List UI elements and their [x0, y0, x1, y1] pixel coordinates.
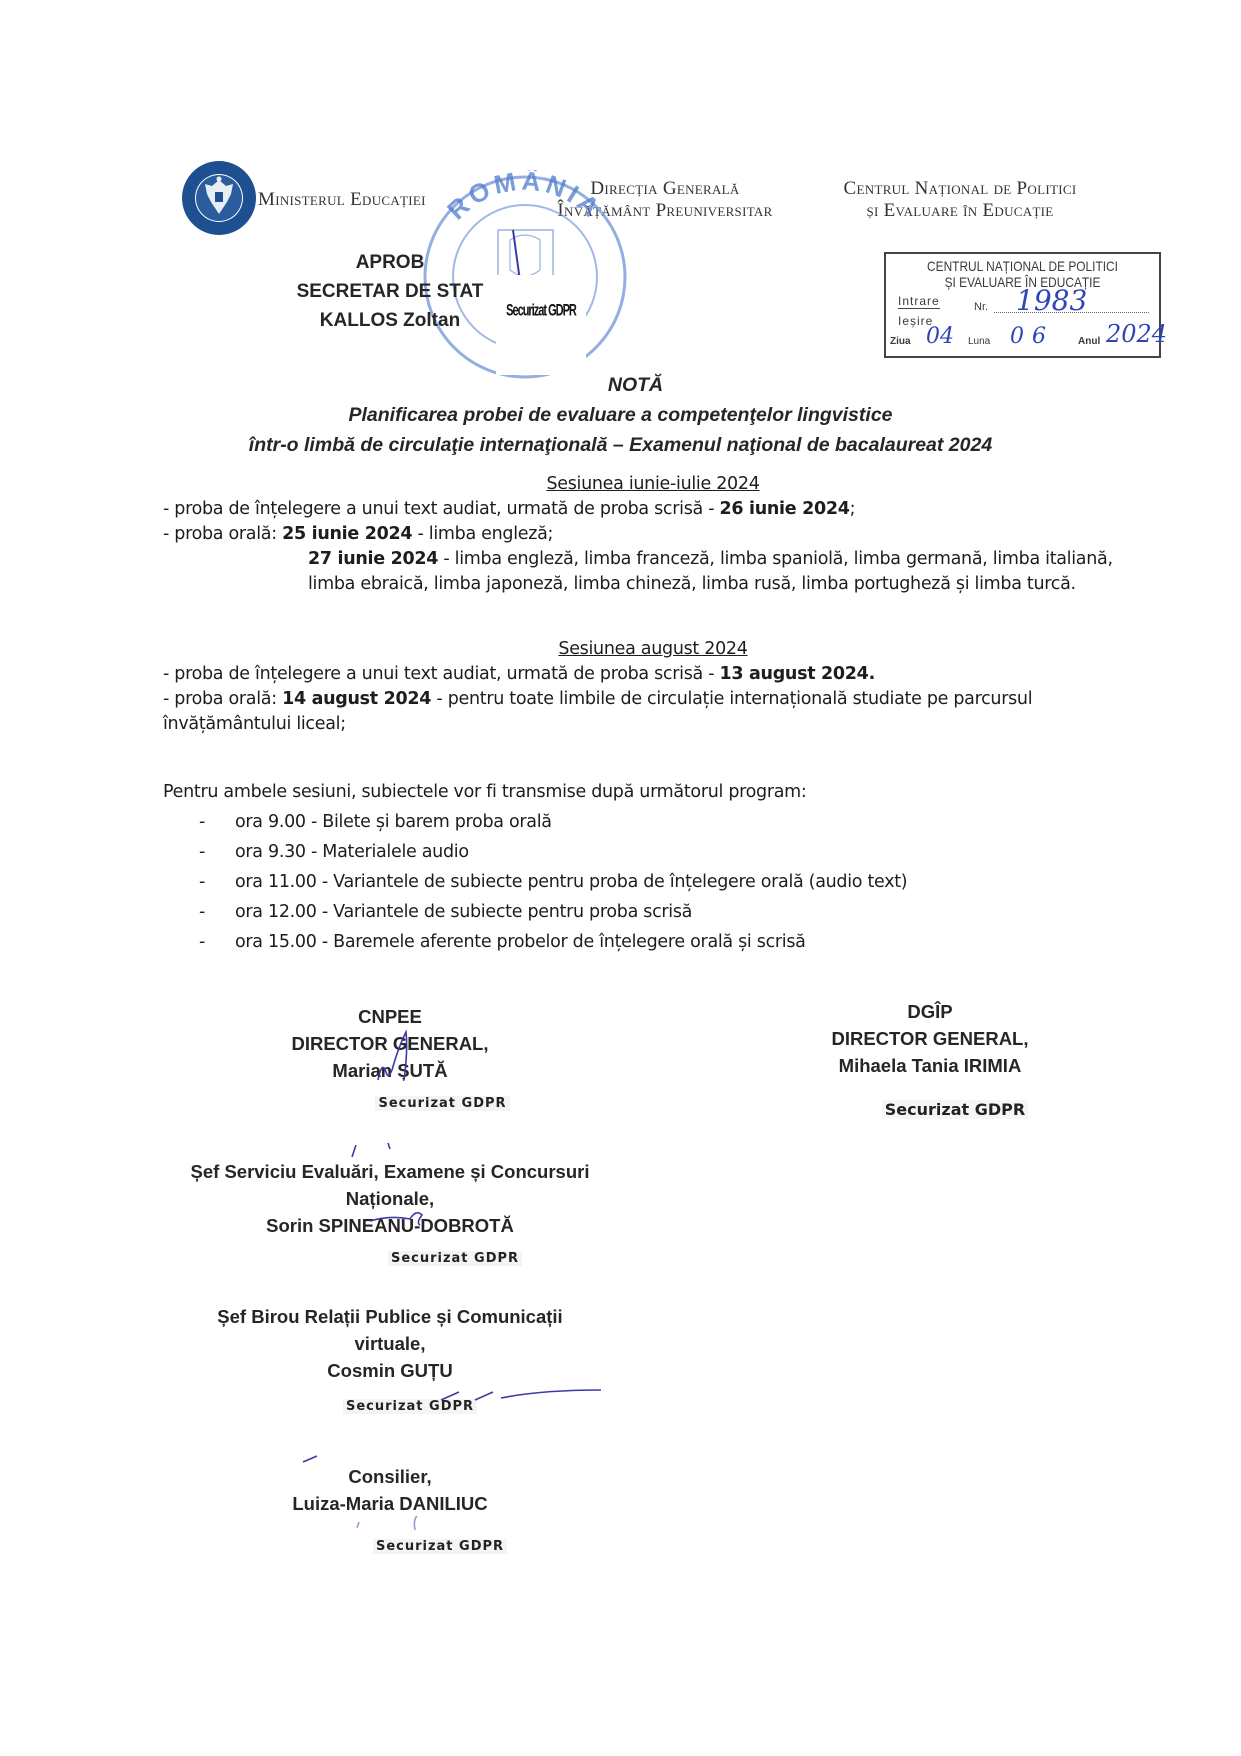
dgip-org: DGÎP: [780, 998, 1080, 1025]
sef-birou-role-line1: Șef Birou Relații Publice și Comunicații: [160, 1303, 620, 1330]
schedule-list: -ora 9.00 - Bilete și barem proba orală …: [163, 807, 1123, 957]
cnpee-org: CNPEE: [220, 1003, 560, 1030]
session2-item-oral: - proba orală: 14 august 2024 - pentru t…: [163, 687, 1123, 737]
stamp-day-value: 04: [926, 324, 954, 349]
session2-written-date: 13 august 2024.: [719, 664, 874, 684]
schedule-item: -ora 9.30 - Materialele audio: [163, 837, 1123, 867]
government-logo: [181, 160, 257, 236]
dgip-name: Mihaela Tania IRIMIA: [780, 1052, 1080, 1079]
document-title: NOTĂ Planificarea probei de evaluare a c…: [0, 370, 1241, 460]
sef-serviciu-redaction: Securizat GDPR: [388, 1251, 522, 1266]
session-august: Sesiunea august 2024 - proba de înțelege…: [163, 637, 1123, 737]
center-line1: Centrul Național de Politici: [820, 178, 1100, 200]
dgip-redaction: Securizat GDPR: [882, 1100, 1028, 1119]
session2-oral-date: 14 august 2024: [282, 689, 431, 709]
title-line2: într-o limbă de circulaţie internaţional…: [0, 430, 1241, 460]
approval-role: SECRETAR DE STAT: [270, 277, 510, 306]
schedule-item: -ora 11.00 - Variantele de subiecte pent…: [163, 867, 1123, 897]
schedule-item: -ora 15.00 - Baremele aferente probelor …: [163, 927, 1123, 957]
note-heading: NOTĂ: [0, 370, 1241, 400]
center-line2: și Evaluare în Educație: [820, 200, 1100, 222]
session1-oral-date1: 25 iunie 2024: [282, 524, 412, 544]
cnpee-redaction: Securizat GDPR: [375, 1096, 509, 1111]
schedule-item: -ora 9.00 - Bilete și barem proba orală: [163, 807, 1123, 837]
signature-dgip: DGÎP DIRECTOR GENERAL, Mihaela Tania IRI…: [780, 998, 1080, 1123]
session1-item-oral-2: 27 iunie 2024 - limba engleză, limba fra…: [163, 547, 1123, 597]
session-june-july: Sesiunea iunie-iulie 2024 - proba de înț…: [163, 472, 1123, 597]
session2-heading: Sesiunea august 2024: [163, 637, 1123, 662]
session1-heading: Sesiunea iunie-iulie 2024: [163, 472, 1123, 497]
approval-heading: APROB: [270, 248, 510, 277]
consilier-handwritten-signature: [295, 1448, 435, 1538]
stamp-entry-label: Intrare: [898, 294, 940, 309]
cnpee-handwritten-signature: [370, 1028, 430, 1088]
consilier-redaction: Securizat GDPR: [373, 1539, 507, 1554]
stamp-month-value: 06: [1010, 324, 1054, 349]
sef-serviciu-handwritten-signature: [340, 1135, 460, 1235]
session1-written-date: 26 iunie 2024: [719, 499, 849, 519]
approval-name: KALLOS Zoltan: [270, 306, 510, 335]
approval-redaction-label: Securizat GDPR: [496, 302, 586, 320]
approval-block: APROB SECRETAR DE STAT KALLOS Zoltan: [270, 248, 510, 335]
session1-oral-date2: 27 iunie 2024: [308, 549, 438, 569]
registration-stamp: CENTRUL NAȚIONAL DE POLITICI ȘI EVALUARE…: [884, 252, 1161, 358]
stamp-month-label: Luna: [968, 336, 990, 347]
title-line1: Planificarea probei de evaluare a compet…: [0, 400, 1241, 430]
stamp-line1: CENTRUL NAȚIONAL DE POLITICI: [906, 258, 1138, 274]
stamp-day-label: Ziua: [890, 336, 911, 347]
center-name: Centrul Național de Politici și Evaluare…: [820, 178, 1100, 222]
dgip-role: DIRECTOR GENERAL,: [780, 1025, 1080, 1052]
ministry-name: Ministerul Educației: [258, 189, 426, 211]
stamp-year-value: 2024: [1106, 320, 1167, 348]
session1-item-written: - proba de înțelegere a unui text audiat…: [163, 497, 1123, 522]
stamp-year-label: Anul: [1078, 336, 1100, 347]
approval-redaction-box: Securizat GDPR: [496, 275, 586, 375]
schedule-intro: Pentru ambele sesiuni, subiectele vor fi…: [163, 777, 1123, 807]
sef-birou-handwritten-signature: [405, 1378, 605, 1408]
schedule-item: -ora 12.00 - Variantele de subiecte pent…: [163, 897, 1123, 927]
session2-item-written: - proba de înțelegere a unui text audiat…: [163, 662, 1123, 687]
session1-item-oral: - proba orală: 25 iunie 2024 - limba eng…: [163, 522, 1123, 547]
stamp-number-label: Nr.: [974, 301, 988, 313]
transmission-schedule: Pentru ambele sesiuni, subiectele vor fi…: [163, 777, 1123, 957]
government-of-romania-seal-icon: [181, 160, 257, 236]
stamp-number-value: 1983: [1016, 284, 1087, 317]
svg-text:ROMÂNIA: ROMÂNIA: [441, 170, 608, 225]
sef-birou-role-line2: virtuale,: [160, 1330, 620, 1357]
